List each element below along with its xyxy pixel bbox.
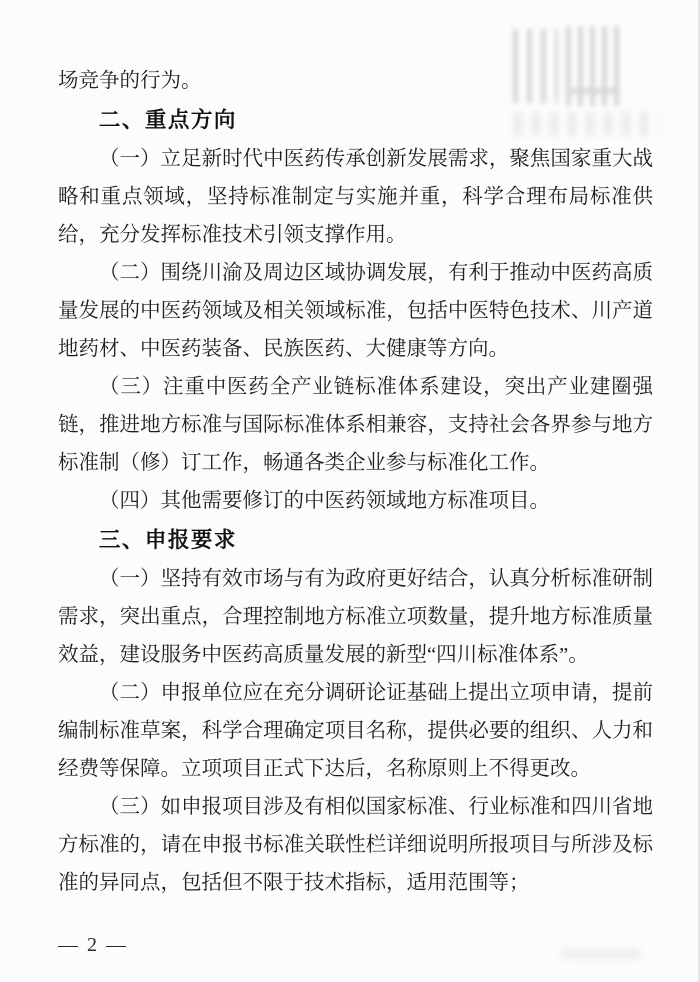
paragraph-item-2: （二）围绕川渝及周边区域协调发展，有利于推动中医药高质量发展的中医药领域及相关领… bbox=[58, 254, 653, 368]
paragraph-item-4: （四）其他需要修订的中医药领域地方标准项目。 bbox=[58, 482, 653, 520]
document-body: 场竞争的行为。 二、重点方向 （一）立足新时代中医药传承创新发展需求，聚焦国家重… bbox=[58, 62, 653, 902]
paragraph-item-2: （二）申报单位应在充分调研论证基础上提出立项申请，提前编制标准草案，科学合理确定… bbox=[58, 674, 653, 788]
section-heading-application-requirements: 三、申报要求 bbox=[58, 521, 653, 559]
section-heading-key-directions: 二、重点方向 bbox=[58, 101, 653, 139]
paragraph-continuation: 场竞争的行为。 bbox=[58, 62, 653, 100]
paragraph-item-3: （三）如申报项目涉及有相似国家标准、行业标准和四川省地方标准的，请在申报书标准关… bbox=[58, 788, 653, 902]
paragraph-item-3: （三）注重中医药全产业链标准体系建设，突出产业建圈强链，推进地方标准与国际标准体… bbox=[58, 368, 653, 482]
paragraph-item-1: （一）立足新时代中医药传承创新发展需求，聚焦国家重大战略和重点领域，坚持标准制定… bbox=[58, 140, 653, 254]
paragraph-item-1: （一）坚持有效市场与有为政府更好结合，认真分析标准研制需求，突出重点，合理控制地… bbox=[58, 560, 653, 674]
page-footer: — 2 — bbox=[58, 930, 128, 960]
ink-bleedthrough-artifact bbox=[562, 949, 640, 959]
scanned-document-page: { "doc": { "language": "zh-CN", "colors"… bbox=[0, 0, 700, 982]
page-number: — 2 — bbox=[58, 934, 128, 956]
